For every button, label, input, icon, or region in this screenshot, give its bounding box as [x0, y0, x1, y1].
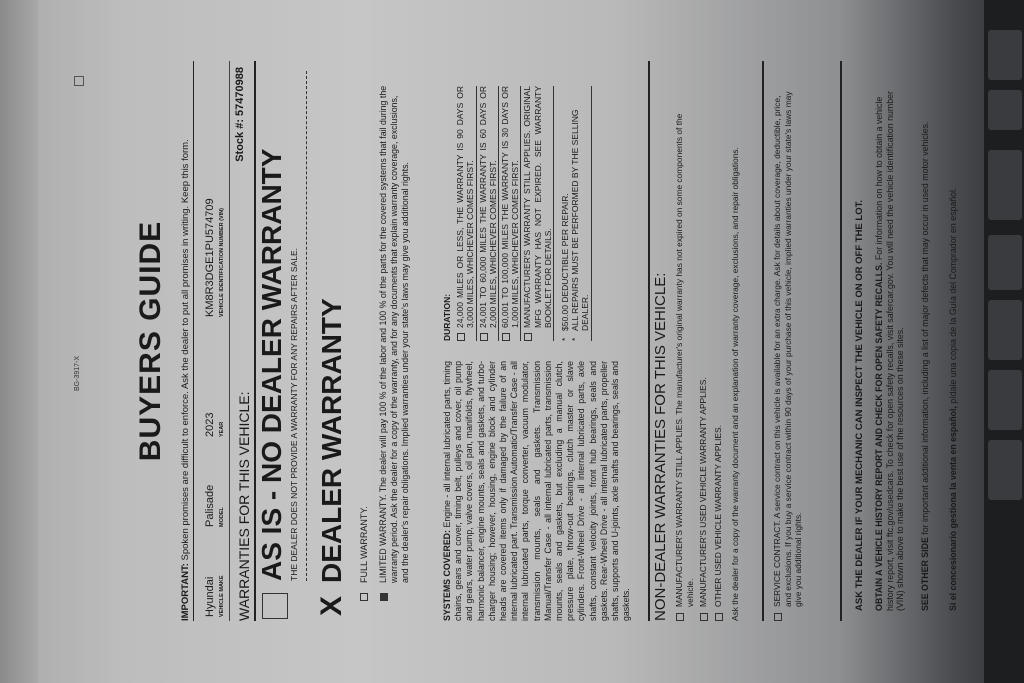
other-used-warranty-checkbox[interactable]: [715, 613, 723, 621]
duration-option: 60,001 TO 100,000 MILES THE WARRANTY IS …: [500, 86, 521, 341]
service-contract-checkbox[interactable]: [774, 613, 782, 621]
ask-mechanic-text: ASK THE DEALER IF YOUR MECHANIC CAN INSP…: [854, 200, 865, 611]
warranties-heading: WARRANTIES FOR THIS VEHICLE:: [236, 392, 252, 621]
document-title: BUYERS GUIDE: [134, 41, 168, 641]
other-used-warranty-text: OTHER USED VEHICLE WARRANTY APPLIES.: [713, 87, 724, 607]
as-is-subtitle: THE DEALER DOES NOT PROVIDE A WARRANTY F…: [289, 248, 299, 581]
form-number: BG-3917-X: [74, 356, 81, 391]
non-dealer-heading: NON-DEALER WARRANTIES FOR THIS VEHICLE:: [652, 273, 669, 621]
duration-checkbox[interactable]: [524, 333, 532, 341]
duration-option: 24,001 TO 60,000 MILES THE WARRANTY IS 6…: [478, 86, 499, 341]
duration-section: DURATION: 24,000 MILES OR LESS, THE WARR…: [442, 86, 592, 341]
duration-checkbox[interactable]: [502, 333, 510, 341]
see-other-side-text: SEE OTHER SIDE for important additional …: [920, 91, 931, 611]
vehicle-vin-field: KM8R3DGE1PU574709 VEHICLE IDENTIFICATION…: [200, 61, 229, 321]
as-is-title: AS IS - NO DEALER WARRANTY: [256, 149, 288, 581]
corner-checkbox: [74, 76, 84, 86]
duration-option: 24,000 MILES OR LESS, THE WARRANTY IS 90…: [455, 86, 476, 341]
vehicle-info-row: Hyundai VEHICLE MAKE Palisade MODEL 2023…: [200, 61, 230, 621]
ask-copy-text: Ask the dealer for a copy of the warrant…: [730, 101, 741, 621]
manufacturer-used-warranty-text: MANUFACTURER'S USED VEHICLE WARRANTY APP…: [698, 87, 709, 607]
systems-covered: SYSTEMS COVERED: Engine - all internal l…: [442, 361, 632, 621]
full-warranty-label: FULL WARRANTY.: [359, 506, 369, 583]
divider: [648, 61, 650, 621]
manufacturer-warranty-checkbox[interactable]: [676, 613, 684, 621]
vehicle-make-field: Hyundai VEHICLE MAKE: [200, 531, 229, 621]
keyboard-background: [984, 0, 1024, 683]
dashed-divider: [306, 71, 307, 581]
vehicle-model-field: Palisade MODEL: [200, 441, 229, 531]
vehicle-history-text: OBTAIN A VEHICLE HISTORY REPORT AND CHEC…: [874, 91, 906, 611]
important-notice: IMPORTANT: Spoken promises are difficult…: [180, 61, 194, 621]
warranty-notes: $50.00 DEDUCTIBLE PER REPAIR. ALL REPAIR…: [560, 86, 592, 341]
duration-checkbox[interactable]: [457, 333, 465, 341]
stock-number: Stock #: 57470988: [234, 67, 246, 162]
limited-warranty-text: LIMITED WARRANTY. The dealer will pay 10…: [378, 83, 411, 583]
background-surface: [0, 0, 38, 683]
dealer-warranty-title: DEALER WARRANTY: [316, 298, 348, 583]
full-warranty-checkbox[interactable]: [360, 593, 368, 601]
as-is-checkbox[interactable]: [262, 593, 288, 619]
divider: [762, 61, 764, 621]
divider: [840, 61, 842, 621]
manufacturer-warranty-text: MANUFACTURER'S WARRANTY STILL APPLIES. T…: [674, 87, 695, 607]
service-contract-text: SERVICE CONTRACT. A service contract on …: [772, 87, 804, 607]
manufacturer-used-warranty-checkbox[interactable]: [700, 613, 708, 621]
duration-checkbox[interactable]: [480, 333, 488, 341]
vehicle-year-field: 2023 YEAR: [200, 321, 229, 441]
spanish-notice: Si el concesionario gestiona la venta en…: [948, 91, 958, 611]
buyers-guide-document: BG-3917-X BUYERS GUIDE IMPORTANT: Spoken…: [82, 41, 922, 641]
limited-warranty-checkbox[interactable]: [380, 593, 388, 601]
dealer-warranty-checkbox[interactable]: X: [320, 593, 346, 619]
duration-option: MANUFACTURER'S WARRANTY STILL APPLIES. O…: [522, 86, 554, 341]
